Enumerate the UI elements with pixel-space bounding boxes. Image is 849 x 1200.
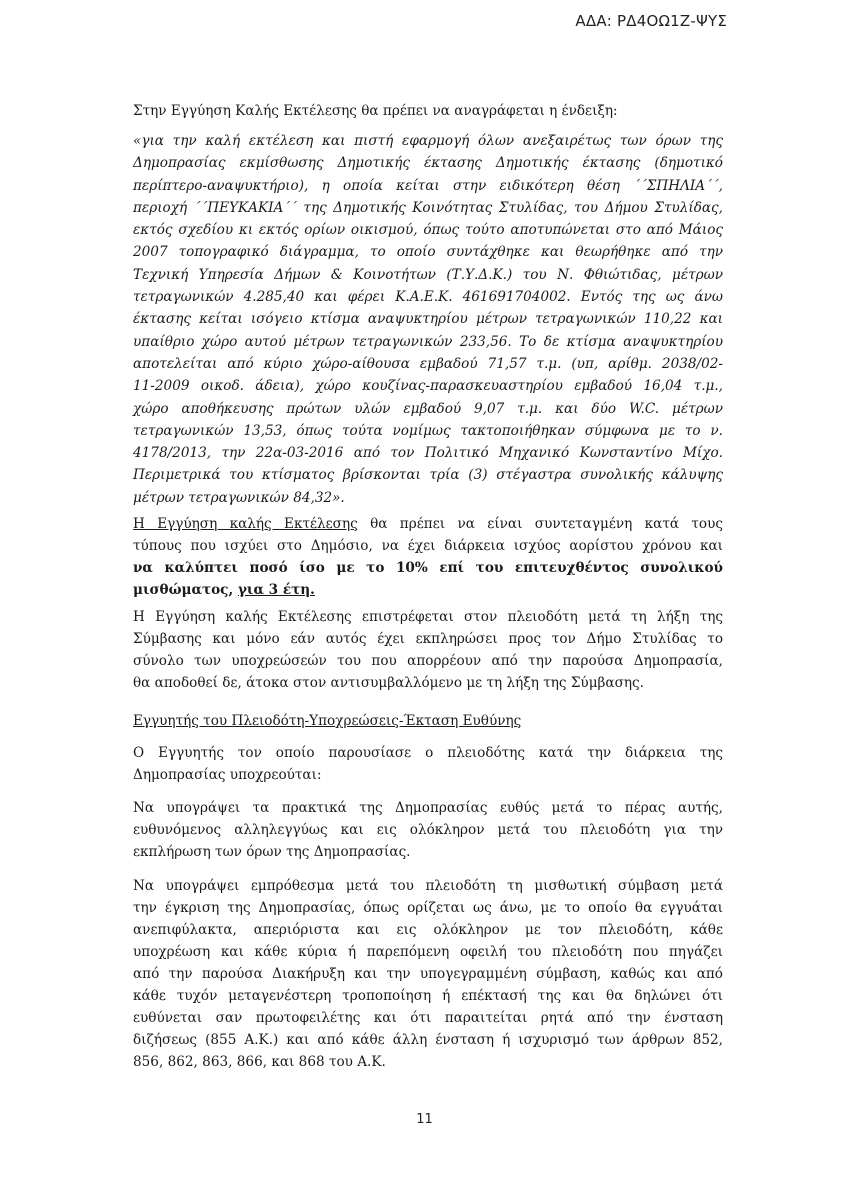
text-line: 856, 862, 863, 866, και 868 του Α.Κ. bbox=[133, 1051, 723, 1073]
text-line: τετραγωνικών 13,53, όπως τούτα νομίμως τ… bbox=[133, 420, 723, 442]
text-line: τετραγωνικών 4.285,40 και φέρει Κ.Α.Ε.Κ.… bbox=[133, 286, 723, 308]
text-line: «για την καλή εκτέλεση και πιστή εφαρμογ… bbox=[133, 130, 723, 152]
obligations-intro-paragraph: Ο Εγγυητής τον οποίο παρουσίασε ο πλειοδ… bbox=[133, 742, 723, 786]
intro-paragraph: Στην Εγγύηση Καλής Εκτέλεσης θα πρέπει ν… bbox=[133, 100, 723, 122]
text-line: υπαίθριο χώρο αυτού μέτρων τετραγωνικών … bbox=[133, 331, 723, 353]
ada-identifier: ΑΔΑ: ΡΔ4ΟΩ1Ζ-ΨΥΣ bbox=[575, 12, 727, 30]
text-line: την έγκριση της Δημοπρασίας, όπως ορίζετ… bbox=[133, 897, 723, 919]
text-line: χώρο αποθήκευσης πρώτων υλών εμβαδού 9,0… bbox=[133, 398, 723, 420]
text-line: περίπτερο-αναψυκτήριο), η οποία κείται σ… bbox=[133, 175, 723, 197]
text-line: Περιμετρικά του κτίσματος βρίσκονται τρί… bbox=[133, 464, 723, 486]
guarantee-bold-line-end: μισθώματος, για 3 έτη. bbox=[133, 579, 723, 601]
text-line: 4178/2013, την 22α-03-2016 από τον Πολιτ… bbox=[133, 442, 723, 464]
text-line: ανεπιφύλακτα, απεριόριστα και εις ολόκλη… bbox=[133, 919, 723, 941]
text-line: σύνολο των υποχρεώσεών του που απορρέουν… bbox=[133, 650, 723, 672]
guarantee-line1: θα πρέπει να είναι συντεταγμένη κατά του… bbox=[358, 516, 723, 532]
text-line: Η Εγγύηση καλής Εκτέλεσης επιστρέφεται σ… bbox=[133, 606, 723, 628]
guarantee-bold-text: μισθώματος, bbox=[133, 582, 238, 598]
text-line: 11-2009 οικοδ. άδεια), χώρο κουζίνας-παρ… bbox=[133, 375, 723, 397]
text-line: ευθύνεται σαν πρωτοφειλέτης και ότι παρα… bbox=[133, 1007, 723, 1029]
quoted-statement: «για την καλή εκτέλεση και πιστή εφαρμογ… bbox=[133, 130, 723, 509]
text-line: Να υπογράψει τα πρακτικά της Δημοπρασίας… bbox=[133, 797, 723, 819]
guarantee-bold-line: να καλύπτει ποσό ίσο με το 10% επί του ε… bbox=[133, 557, 723, 579]
text-line: υποχρέωση και κάθε κύρια ή παρεπόμενη οφ… bbox=[133, 941, 723, 963]
text-line: μέτρων τετραγωνικών 84,32». bbox=[133, 487, 723, 509]
text-line: Σύμβασης και μόνο εάν αυτός έχει εκπληρώ… bbox=[133, 628, 723, 650]
return-paragraph: Η Εγγύηση καλής Εκτέλεσης επιστρέφεται σ… bbox=[133, 606, 723, 694]
text-line: ευθυνόμενος αλληλεγγύως και εις ολόκληρο… bbox=[133, 819, 723, 841]
text-line: Δημοπρασίας εκμίσθωσης Δημοτικής έκτασης… bbox=[133, 152, 723, 174]
text-line: Να υπογράψει εμπρόθεσμα μετά του πλειοδό… bbox=[133, 875, 723, 897]
text-line: αποτελείται από κύριο χώρο-αίθουσα εμβαδ… bbox=[133, 353, 723, 375]
guarantee-terms-paragraph: Η Εγγύηση καλής Εκτέλεσης θα πρέπει να ε… bbox=[133, 513, 723, 601]
section-heading: Εγγυητής του Πλειοδότη-Υποχρεώσεις-Έκτασ… bbox=[133, 710, 723, 732]
text-line: εκτός σχεδίου κι εκτός ορίων οικισμού, ό… bbox=[133, 219, 723, 241]
guarantee-line2: τύπους που ισχύει στο Δημόσιο, να έχει δ… bbox=[133, 535, 723, 557]
text-line: από την παρούσα Διακήρυξη και την υπογεγ… bbox=[133, 963, 723, 985]
text-line: θα αποδοθεί δε, άτοκα στον αντισυμβαλλόμ… bbox=[133, 672, 723, 694]
text-line: Δημοπρασίας υποχρεούται: bbox=[133, 764, 723, 786]
sign-contract-paragraph: Να υπογράψει εμπρόθεσμα μετά του πλειοδό… bbox=[133, 875, 723, 1073]
text-line: 2007 τοπογραφικό διάγραμμα, το οποίο συν… bbox=[133, 241, 723, 263]
guarantee-underlined-term: Η Εγγύηση καλής Εκτέλεσης bbox=[133, 516, 358, 532]
text-line: εκπλήρωση των όρων της Δημοπρασίας. bbox=[133, 841, 723, 863]
text-line: κάθε τυχόν μεταγενέστερη τροποποίηση ή ε… bbox=[133, 985, 723, 1007]
text-line: διζήσεως (855 Α.Κ.) και από κάθε άλλη έν… bbox=[133, 1029, 723, 1051]
sign-minutes-paragraph: Να υπογράψει τα πρακτικά της Δημοπρασίας… bbox=[133, 797, 723, 863]
text-line: έκτασης κείται ισόγειο κτίσμα αναψυκτηρί… bbox=[133, 308, 723, 330]
text-line: Τεχνική Υπηρεσία Δήμων & Κοινοτήτων (Τ.Υ… bbox=[133, 264, 723, 286]
text-line: Ο Εγγυητής τον οποίο παρουσίασε ο πλειοδ… bbox=[133, 742, 723, 764]
text-line: περιοχή ΄΄ΠΕΥΚΑΚΙΑ΄΄ της Δημοτικής Κοινό… bbox=[133, 197, 723, 219]
page-number: 11 bbox=[0, 1112, 849, 1127]
guarantee-duration: για 3 έτη. bbox=[238, 582, 315, 598]
